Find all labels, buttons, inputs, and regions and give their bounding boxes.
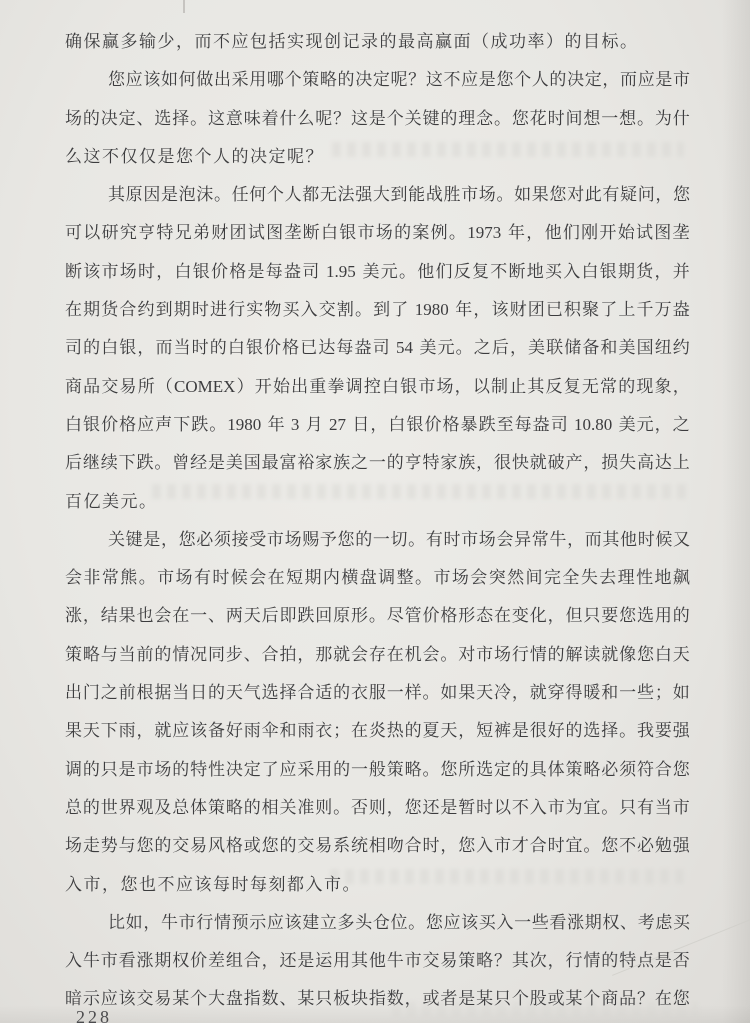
text-line: 确保赢多输少，而不应包括实现创记录的最高赢面（成功率）的目标。 bbox=[65, 23, 690, 61]
text-line: 关键是，您必须接受市场赐予您的一切。有时市场会异常牛，而其他时候又 bbox=[65, 521, 690, 559]
text-line: 场走势与您的交易风格或您的交易系统相吻合时，您入市才合时宜。您不必勉强 bbox=[65, 827, 690, 865]
scan-artifact-mark bbox=[183, 0, 185, 13]
text-line: 么这不仅仅是您个人的决定呢？ bbox=[65, 138, 690, 176]
text-line: 涨，结果也会在一、两天后即跌回原形。尽管价格形态在变化，但只要您选用的 bbox=[65, 597, 690, 635]
text-line: 场的决定、选择。这意味着什么呢？这是个关键的理念。您花时间想一想。为什 bbox=[65, 100, 690, 138]
text-line: 后继续下跌。曾经是美国最富裕家族之一的亨特家族，很快就破产，损失高达上 bbox=[65, 444, 690, 482]
text-line: 您应该如何做出采用哪个策略的决定呢？这不应是您个人的决定，而应是市 bbox=[65, 61, 690, 99]
text-line: 比如，牛市行情预示应该建立多头仓位。您应该买入一些看涨期权、考虑买 bbox=[65, 904, 690, 942]
text-line: 入市，您也不应该每时每刻都入市。 bbox=[65, 866, 690, 904]
text-line: 调的只是市场的特性决定了应采用的一般策略。您所选定的具体策略必须符合您 bbox=[65, 751, 690, 789]
text-line: 策略与当前的情况同步、合拍，那就会存在机会。对市场行情的解读就像您白天 bbox=[65, 636, 690, 674]
text-line: 入牛市看涨期权价差组合，还是运用其他牛市交易策略？其次，行情的特点是否 bbox=[65, 942, 690, 980]
text-line: 其原因是泡沫。任何个人都无法强大到能战胜市场。如果您对此有疑问，您 bbox=[65, 176, 690, 214]
text-line: 可以研究亨特兄弟财团试图垄断白银市场的案例。1973 年，他们刚开始试图垄 bbox=[65, 214, 690, 252]
text-line: 在期货合约到期时进行实物买入交割。到了 1980 年，该财团已积聚了上千万盎 bbox=[65, 291, 690, 329]
scan-edge-shadow-right bbox=[722, 0, 750, 1023]
text-line: 会非常熊。市场有时候会在短期内横盘调整。市场会突然间完全失去理性地飙 bbox=[65, 559, 690, 597]
text-line: 出门之前根据当日的天气选择合适的衣服一样。如果天冷，就穿得暖和一些；如 bbox=[65, 674, 690, 712]
text-line: 白银价格应声下跌。1980 年 3 月 27 日，白银价格暴跌至每盎司 10.8… bbox=[65, 406, 690, 444]
text-line: 断该市场时，白银价格是每盎司 1.95 美元。他们反复不断地买入白银期货，并 bbox=[65, 253, 690, 291]
text-line: 总的世界观及总体策略的相关准则。否则，您还是暂时以不入市为宜。只有当市 bbox=[65, 789, 690, 827]
page-number: 228 bbox=[76, 1006, 112, 1023]
text-line: 百亿美元。 bbox=[65, 483, 690, 521]
body-text: 确保赢多输少，而不应包括实现创记录的最高赢面（成功率）的目标。 您应该如何做出采… bbox=[65, 23, 690, 1019]
text-line: 司的白银，而当时的白银价格已达每盎司 54 美元。之后，美联储备和美国纽约 bbox=[65, 329, 690, 367]
scanned-book-page: { "page": { "number": "228", "lines": [ … bbox=[0, 0, 750, 1023]
text-line: 暗示应该交易某个大盘指数、某只板块指数，或者是某只个股或某个商品？在您 bbox=[65, 980, 690, 1018]
text-line: 商品交易所（COMEX）开始出重拳调控白银市场，以制止其反复无常的现象， bbox=[65, 368, 690, 406]
text-line: 果天下雨，就应该备好雨伞和雨衣；在炎热的夏天，短裤是很好的选择。我要强 bbox=[65, 712, 690, 750]
